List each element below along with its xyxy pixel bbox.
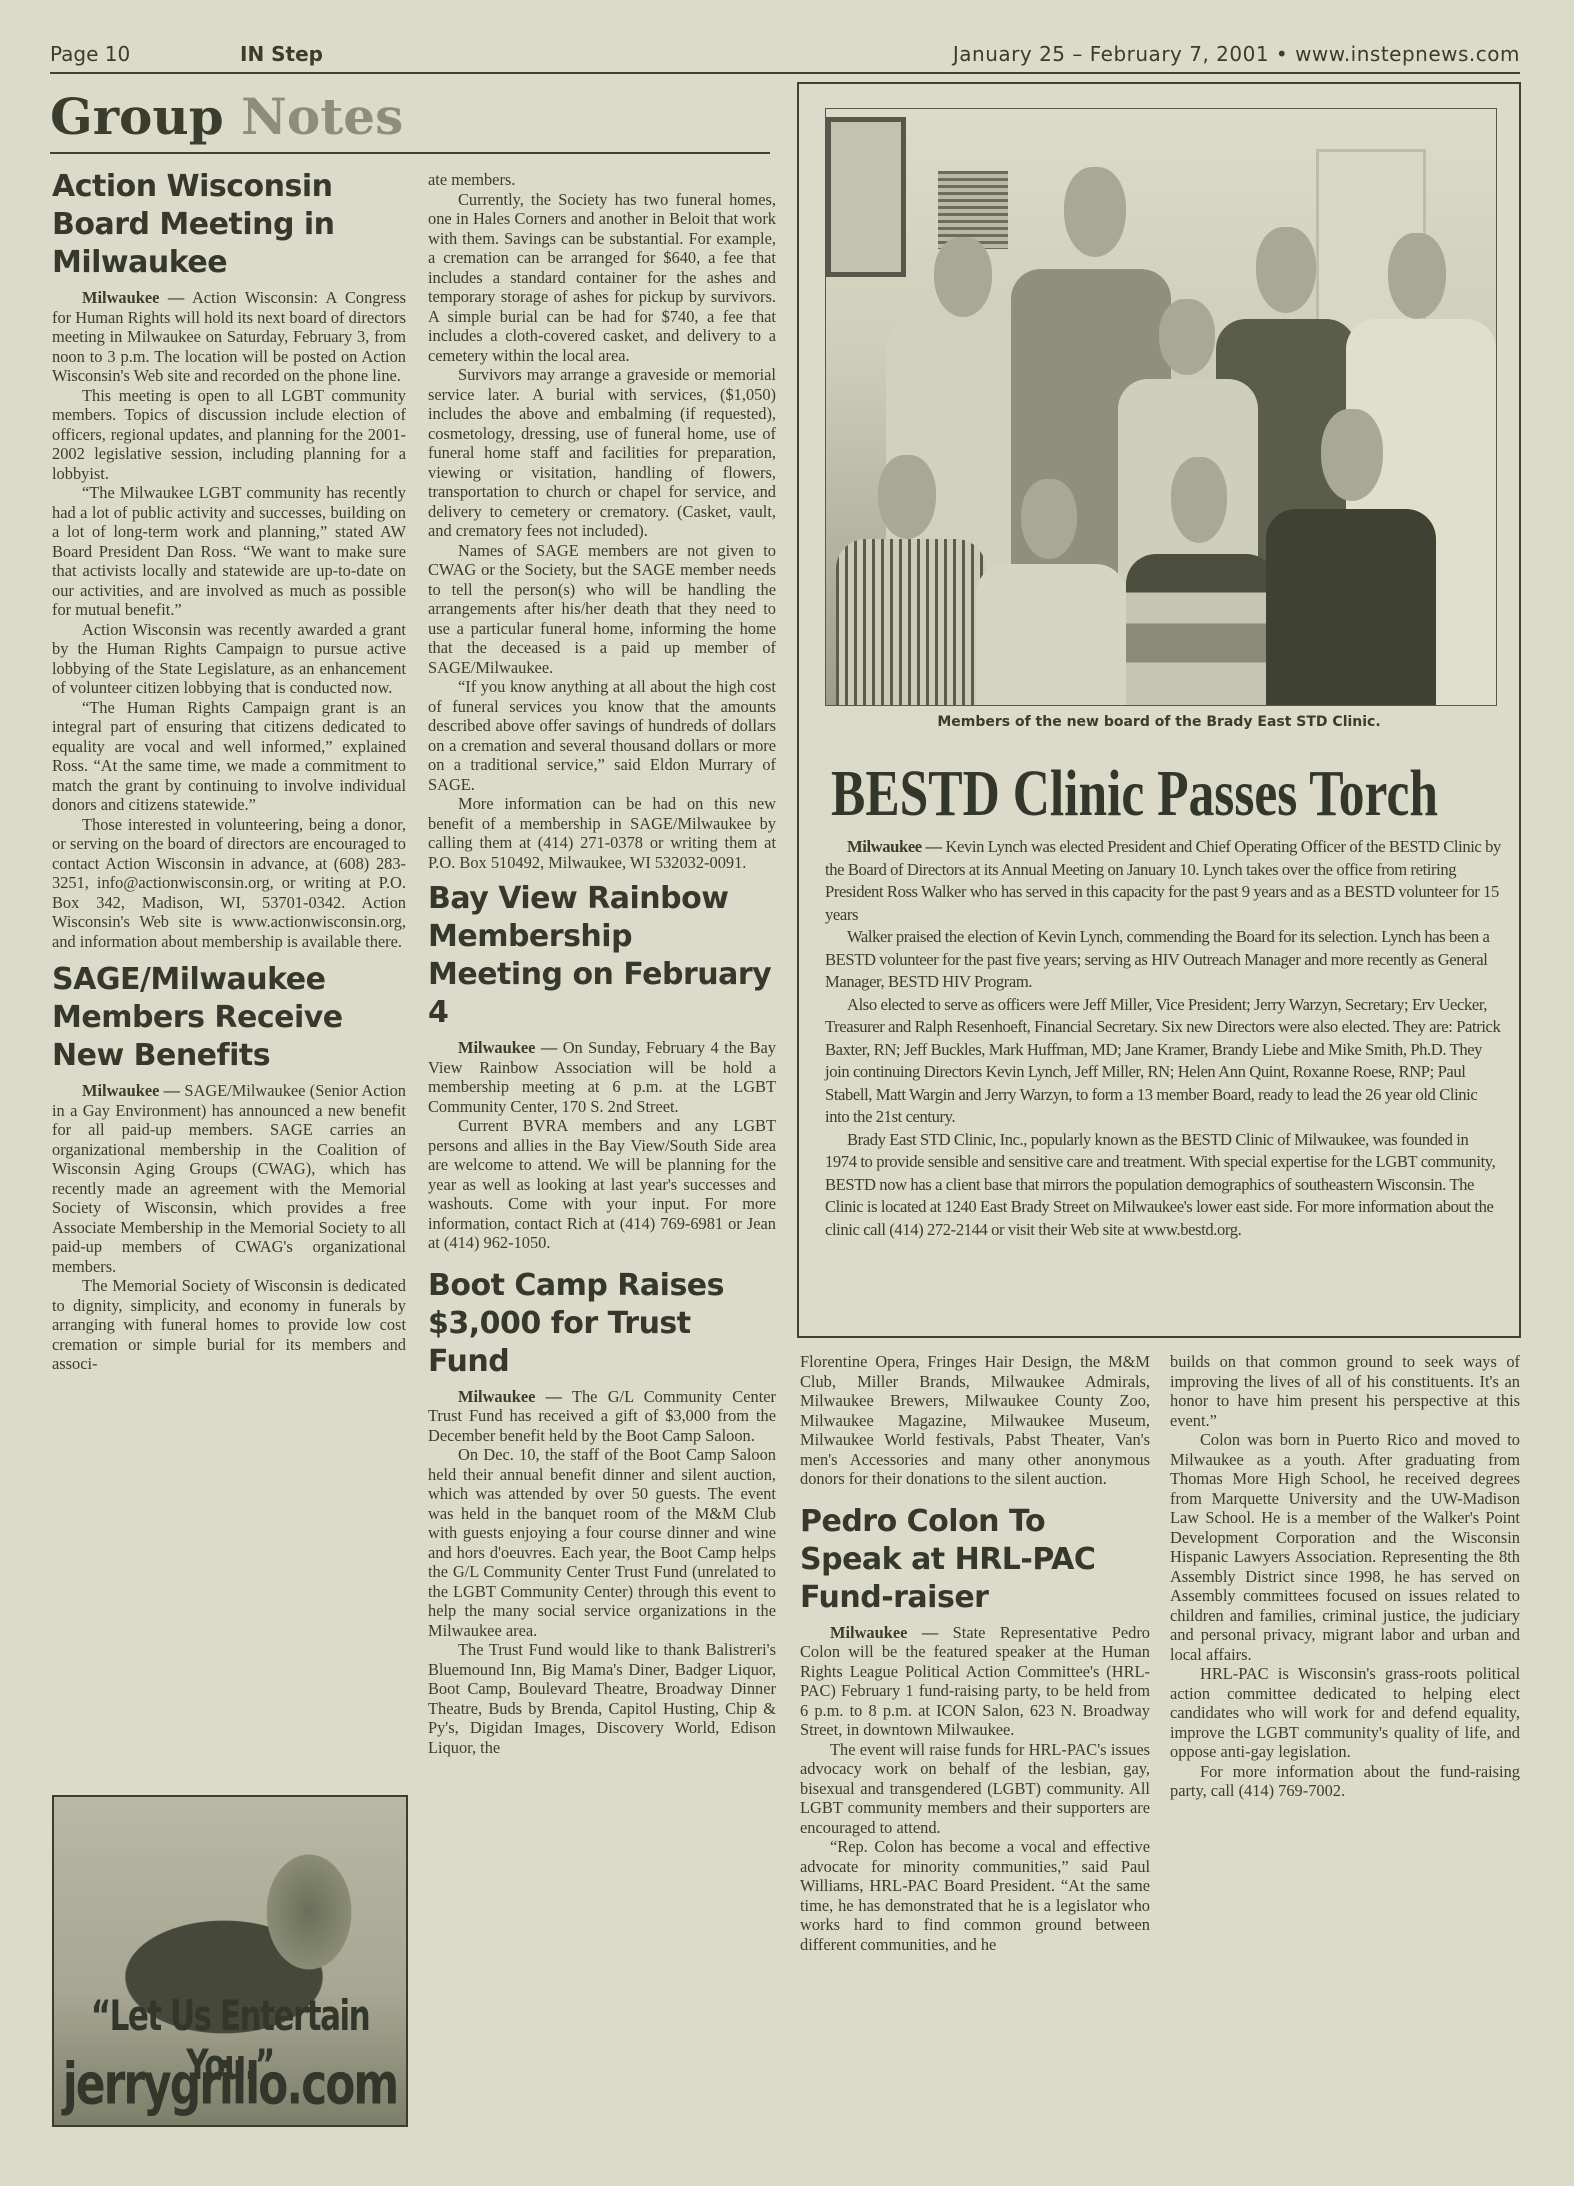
issue-date-and-url: January 25 – February 7, 2001 • www.inst… [953,42,1520,66]
paragraph: The Trust Fund would like to thank Balis… [428,1640,776,1757]
section-title-word2: Notes [241,87,403,146]
dateline: Milwaukee — [847,837,942,856]
advertisement-jerrygrillo[interactable]: “Let Us Entertain You.” jerrygrillo.com [52,1795,408,2127]
paragraph: The event will raise funds for HRL-PAC's… [800,1740,1150,1838]
person-head-icon [1256,227,1316,313]
dateline: Milwaukee — [458,1387,562,1406]
paragraph: “If you know anything at all about the h… [428,677,776,794]
paragraph: Currently, the Society has two funeral h… [428,190,776,366]
paragraph: “Rep. Colon has become a vocal and effec… [800,1837,1150,1954]
headline: Boot Camp Raises $3,000 for Trust Fund [428,1267,776,1381]
paragraph: On Dec. 10, the staff of the Boot Camp S… [428,1445,776,1640]
headline: BESTD Clinic Passes Torch [831,754,1346,834]
person-head-icon [1159,299,1215,375]
person-head-icon [878,455,936,539]
paragraph: Current BVRA members and any LGBT person… [428,1116,776,1253]
paragraph: Those interested in volunteering, being … [52,815,406,952]
article-sage-milwaukee: SAGE/Milwaukee Members Receive New Benef… [52,961,406,1374]
section-banner: Group Notes [50,82,770,154]
article-sage-continued: ate members. Currently, the Society has … [428,170,776,872]
article-bay-view-rainbow: Bay View Rainbow Membership Meeting on F… [428,880,776,1253]
column-3: Florentine Opera, Fringes Hair Design, t… [800,1352,1150,1954]
paragraph: Names of SAGE members are not given to C… [428,541,776,678]
person-head-icon [1171,457,1227,543]
article-pedro-colon-continued: builds on that common ground to seek way… [1170,1352,1520,1801]
dateline: Milwaukee — [458,1038,557,1057]
dateline: Milwaukee — [82,288,184,307]
paragraph: SAGE/Milwaukee (Senior Action in a Gay E… [52,1081,406,1276]
feature-box-bestd: Members of the new board of the Brady Ea… [797,82,1521,1338]
paragraph: ate members. [428,170,776,190]
person-figure-icon [836,539,986,706]
running-header: Page 10 IN Step January 25 – February 7,… [50,38,1520,74]
person-head-icon [1388,233,1446,319]
person-head-icon [934,237,992,317]
article-action-wisconsin: Action Wisconsin Board Meeting in Milwau… [52,168,406,951]
newspaper-page: Page 10 IN Step January 25 – February 7,… [0,0,1574,2186]
framed-picture-icon [826,117,906,277]
paragraph: Florentine Opera, Fringes Hair Design, t… [800,1352,1150,1489]
paragraph: Brady East STD Clinic, Inc., popularly k… [825,1129,1501,1242]
article-bestd-body: Milwaukee — Kevin Lynch was elected Pres… [825,836,1501,1241]
page-number: Page 10 [50,42,130,66]
publication-name: IN Step [240,42,323,66]
article-pedro-colon: Pedro Colon To Speak at HRL-PAC Fund-rai… [800,1503,1150,1955]
person-head-icon [1064,167,1126,257]
paragraph: “The Milwaukee LGBT community has recent… [52,483,406,620]
paragraph: “The Human Rights Campaign grant is an i… [52,698,406,815]
headline: Bay View Rainbow Membership Meeting on F… [428,880,776,1032]
paragraph: More information can be had on this new … [428,794,776,872]
paragraph: Action Wisconsin was recently awarded a … [52,620,406,698]
person-head-icon [1321,409,1383,501]
window-blinds-icon [938,171,1008,249]
article-boot-camp-continued: Florentine Opera, Fringes Hair Design, t… [800,1352,1150,1489]
paragraph: HRL-PAC is Wisconsin's grass-roots polit… [1170,1664,1520,1762]
dateline: Milwaukee — [82,1081,180,1100]
section-title-word1: Group [50,87,224,146]
person-figure-icon [976,564,1126,706]
column-4: builds on that common ground to seek way… [1170,1352,1520,1801]
headline: Pedro Colon To Speak at HRL-PAC Fund-rai… [800,1503,1150,1617]
ad-url[interactable]: jerrygrillo.com [54,2051,406,2117]
board-group-photo [825,108,1497,706]
person-figure-icon [1126,554,1276,706]
person-figure-icon [1266,509,1436,706]
paragraph: This meeting is open to all LGBT communi… [52,386,406,484]
paragraph: Colon was born in Puerto Rico and moved … [1170,1430,1520,1664]
column-1: Action Wisconsin Board Meeting in Milwau… [52,164,406,1374]
column-2: ate members. Currently, the Society has … [428,170,776,1757]
paragraph: builds on that common ground to seek way… [1170,1352,1520,1430]
article-boot-camp: Boot Camp Raises $3,000 for Trust Fund M… [428,1267,776,1758]
headline: Action Wisconsin Board Meeting in Milwau… [52,168,406,282]
photo-caption: Members of the new board of the Brady Ea… [799,714,1519,730]
paragraph: For more information about the fund-rais… [1170,1762,1520,1801]
person-head-icon [1021,479,1077,559]
dateline: Milwaukee — [830,1623,938,1642]
paragraph: Also elected to serve as officers were J… [825,994,1501,1129]
paragraph: Walker praised the election of Kevin Lyn… [825,926,1501,994]
paragraph: The Memorial Society of Wisconsin is ded… [52,1276,406,1374]
paragraph: Survivors may arrange a graveside or mem… [428,365,776,541]
headline: SAGE/Milwaukee Members Receive New Benef… [52,961,406,1075]
